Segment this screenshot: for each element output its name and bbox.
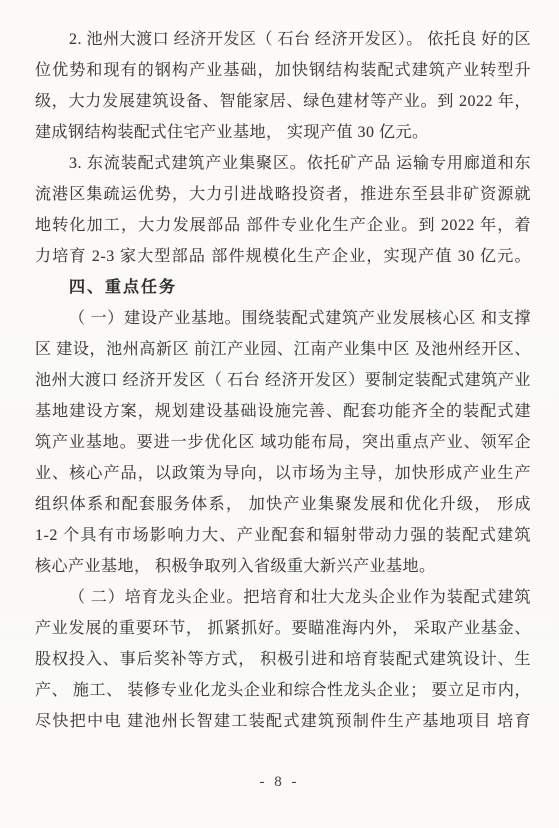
text-line: 核心产业基地， 积极争取列入省级重大新兴产业基地。 — [35, 551, 531, 582]
text-line: （ 二）培育龙头企业。把培育和壮大龙头企业作为装配式建筑 — [35, 582, 531, 613]
text-line: 级，大力发展建筑设备、智能家居、绿色建材等产业。到 2022 年， — [35, 86, 531, 117]
text-line: 位优势和现有的钢构产业基础，加快钢结构装配式建筑产业转型升 — [35, 55, 531, 86]
page-number: - 8 - — [0, 774, 559, 791]
text-line: 产业发展的重要环节， 抓紧抓好。要瞄准海内外， 采取产业基金、 — [35, 613, 531, 644]
section-heading: 四、重点任务 — [35, 272, 531, 303]
text-line: 3. 东流装配式建筑产业集聚区。依托矿产品 运输专用廊道和东 — [35, 148, 531, 179]
text-line: 建成钢结构装配式住宅产业基地， 实现产值 30 亿元。 — [35, 117, 531, 148]
text-line: 股权投入、事后奖补等方式， 积极引进和培育装配式建筑设计、生 — [35, 644, 531, 675]
text-line: 池州大渡口 经济开发区（ 石台 经济开发区）要制定装配式建筑产业 — [35, 365, 531, 396]
text-line: 基地建设方案，规划建设基础设施完善、配套功能齐全的装配式建 — [35, 396, 531, 427]
text-line: 尽快把中电 建池州长智建工装配式建筑预制件生产基地项目 培育 — [35, 706, 531, 737]
text-line: （ 一）建设产业基地。围绕装配式建筑产业发展核心区 和支撑 — [35, 303, 531, 334]
document-page: 2. 池州大渡口 经济开发区（ 石台 经济开发区）。 依托良 好的区 位优势和现… — [0, 0, 559, 828]
text-line: 流港区集疏运优势，大力引进战略投资者，推进东至县非矿资源就 — [35, 179, 531, 210]
text-block: 2. 池州大渡口 经济开发区（ 石台 经济开发区）。 依托良 好的区 位优势和现… — [35, 24, 531, 737]
text-line: 筑产业基地。要进一步优化区 域功能布局，突出重点产业、领军企 — [35, 427, 531, 458]
text-line: 产、 施工、 装修专业化龙头企业和综合性龙头企业； 要立足市内， — [35, 675, 531, 706]
text-line: 1-2 个具有市场影响力大、产业配套和辐射带动力强的装配式建筑 — [35, 520, 531, 551]
text-line: 区 建设，池州高新区 前江产业园、江南产业集中区 及池州经开区、 — [35, 334, 531, 365]
text-line: 组织体系和配套服务体系， 加快产业集聚发展和优化升级， 形成 — [35, 489, 531, 520]
text-line: 力培育 2-3 家大型部品 部件规模化生产企业，实现产值 30 亿元。 — [35, 241, 531, 272]
text-line: 2. 池州大渡口 经济开发区（ 石台 经济开发区）。 依托良 好的区 — [35, 24, 531, 55]
text-line: 地转化加工，大力发展部品 部件专业化生产企业。到 2022 年，着 — [35, 210, 531, 241]
text-line: 业、核心产品，以政策为导向，以市场为主导，加快形成产业生产 — [35, 458, 531, 489]
